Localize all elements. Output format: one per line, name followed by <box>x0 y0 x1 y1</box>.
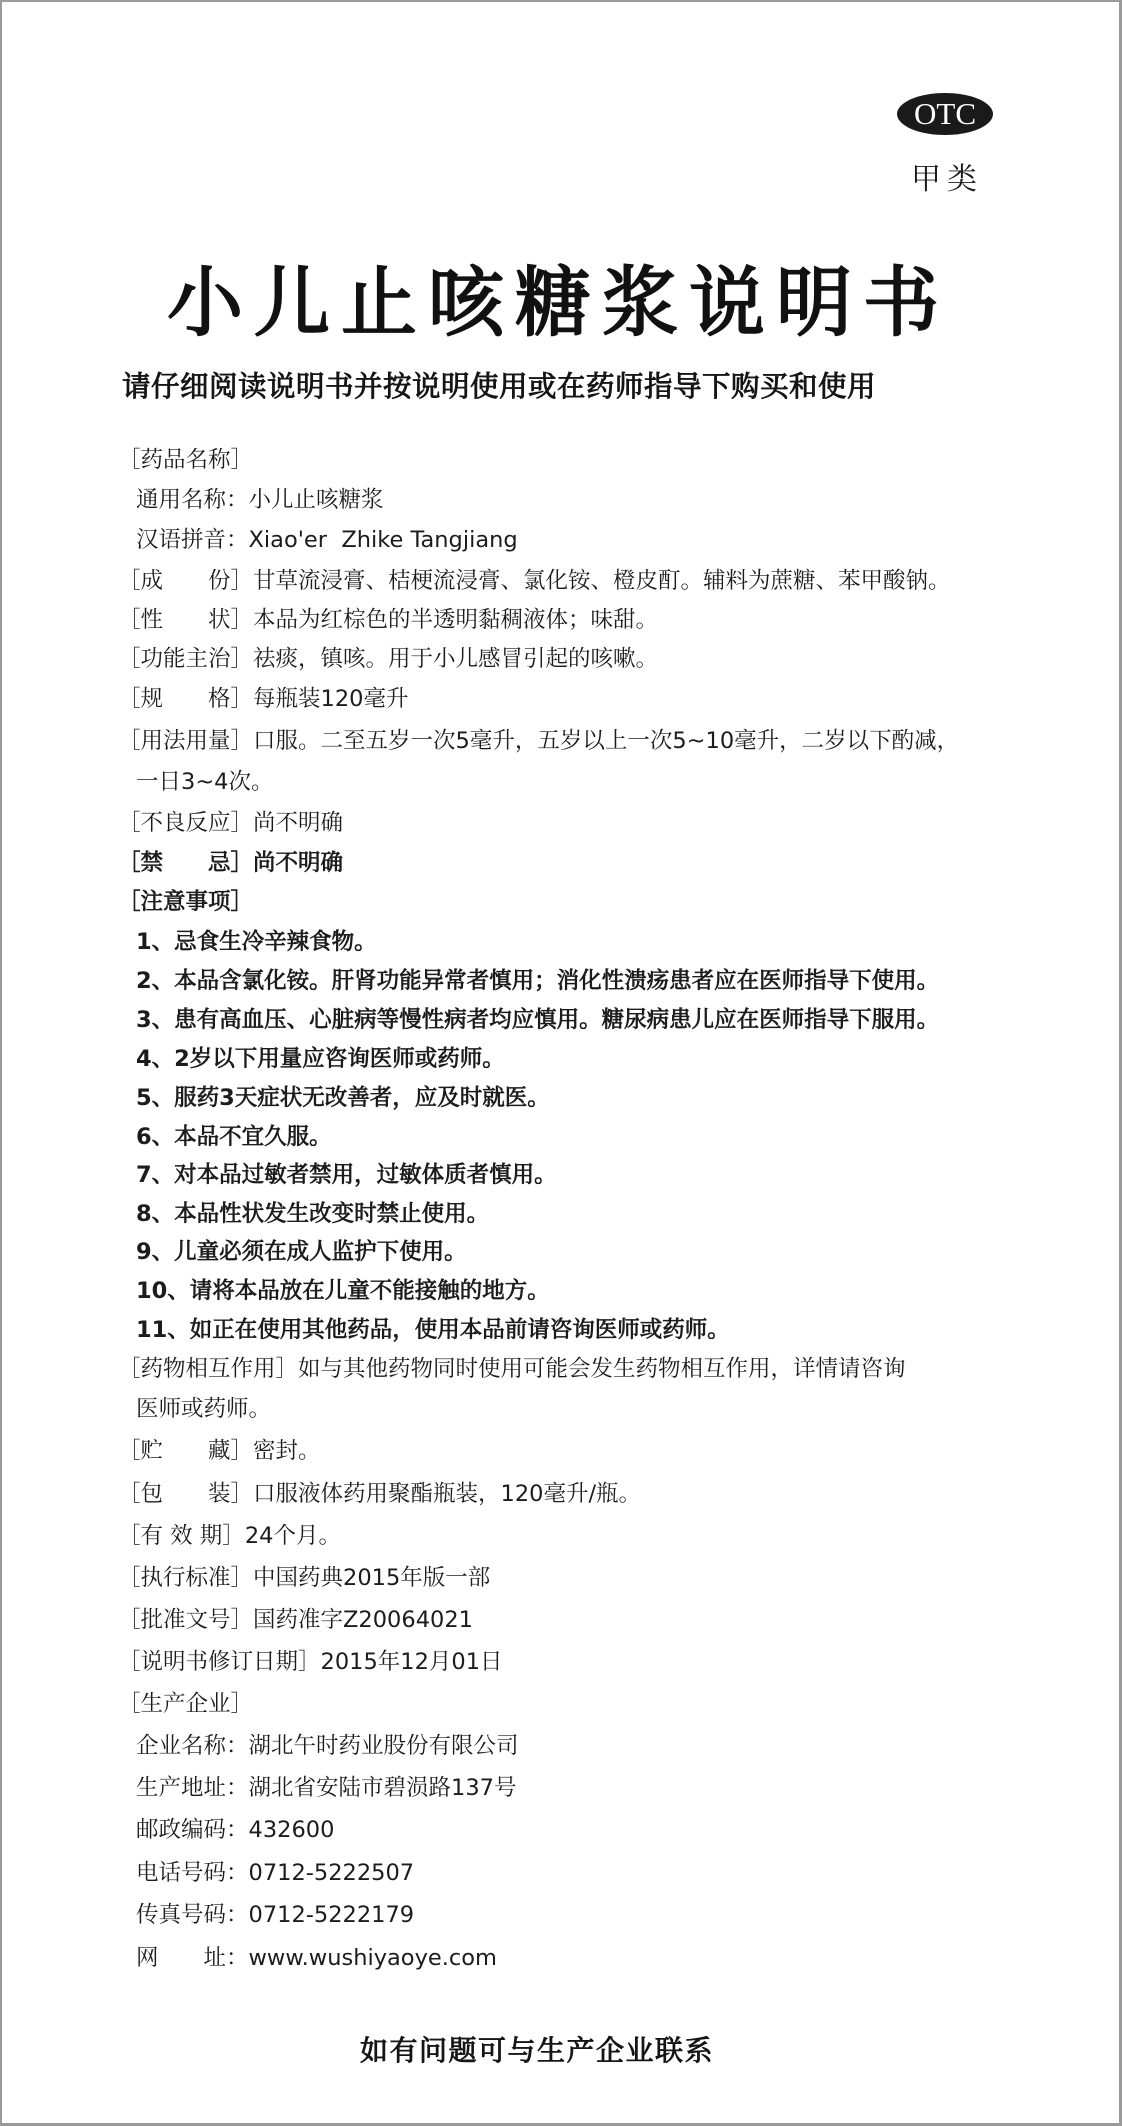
document-title: 小儿止咳糖浆说明书 <box>167 242 967 351</box>
manufacturer-address-label: 生产地址： <box>136 1775 249 1801</box>
indications-label: ［功能主治］ <box>118 646 253 672</box>
manufacturer-name-value: 湖北午时药业股份有限公司 <box>249 1733 519 1759</box>
generic-name-label: 通用名称： <box>136 487 249 513</box>
precaution-item-4: 4、2岁以下用量应咨询医师或药师。 <box>136 1044 505 1074</box>
interactions-value-line1: 如与其他药物同时使用可能会发生药物相互作用，详情请咨询 <box>298 1356 906 1382</box>
revision-date-label: ［说明书修订日期］ <box>118 1649 321 1675</box>
precaution-item-5: 5、服药3天症状无改善者，应及时就医。 <box>136 1083 550 1113</box>
otc-class-label: 甲类 <box>902 154 992 198</box>
fax-row: 传真号码：0712-5222179 <box>136 1900 414 1930</box>
precaution-item-7: 7、对本品过敏者禁用，过敏体质者慎用。 <box>136 1160 557 1190</box>
contraindications-value: 尚不明确 <box>253 850 343 876</box>
interactions-label: ［药物相互作用］ <box>118 1356 298 1382</box>
dosage-value-line1: 口服。二至五岁一次5毫升，五岁以上一次5~10毫升，二岁以下酌减， <box>253 728 959 754</box>
precaution-item-9: 9、儿童必须在成人监护下使用。 <box>136 1237 467 1267</box>
precaution-item-10: 10、请将本品放在儿童不能接触的地方。 <box>136 1276 550 1306</box>
specification-value: 每瓶装120毫升 <box>253 686 408 712</box>
section-package: ［包 装］口服液体药用聚酯瓶装，120毫升/瓶。 <box>118 1479 641 1509</box>
manufacturer-name-row: 企业名称：湖北午时药业股份有限公司 <box>136 1731 519 1761</box>
manufacturer-address-value: 湖北省安陆市碧涢路137号 <box>249 1775 517 1801</box>
section-dosage: ［用法用量］口服。二至五岁一次5毫升，五岁以上一次5~10毫升，二岁以下酌减， <box>118 726 959 756</box>
section-manufacturer-label: ［生产企业］ <box>118 1689 253 1719</box>
contraindications-label: ［禁 忌］ <box>118 850 253 876</box>
validity-value: 24个月。 <box>245 1523 341 1549</box>
generic-name-row: 通用名称：小儿止咳糖浆 <box>136 485 384 515</box>
section-storage: ［贮 藏］密封。 <box>118 1436 321 1466</box>
drug-leaflet-page: OTC 甲类 小儿止咳糖浆说明书 请仔细阅读说明书并按说明使用或在药师指导下购买… <box>0 0 1122 2126</box>
properties-label: ［性 状］ <box>118 607 253 633</box>
precaution-item-3: 3、患有高血压、心脏病等慢性病者均应慎用。糖尿病患儿应在医师指导下服用。 <box>136 1005 939 1035</box>
indications-value: 祛痰，镇咳。用于小儿感冒引起的咳嗽。 <box>253 646 658 672</box>
postal-code-value: 432600 <box>249 1817 335 1843</box>
ingredients-label: ［成 份］ <box>118 568 253 594</box>
section-approval: ［批准文号］国药准字Z20064021 <box>118 1605 473 1635</box>
section-adverse-reactions: ［不良反应］尚不明确 <box>118 808 343 838</box>
precaution-item-8: 8、本品性状发生改变时禁止使用。 <box>136 1199 489 1229</box>
phone-label: 电话号码： <box>136 1860 249 1886</box>
interactions-value-line2: 医师或药师。 <box>136 1394 271 1424</box>
generic-name-value: 小儿止咳糖浆 <box>249 487 384 513</box>
postal-code-label: 邮政编码： <box>136 1817 249 1843</box>
revision-date-value: 2015年12月01日 <box>321 1649 503 1675</box>
phone-value: 0712-5222507 <box>249 1860 415 1886</box>
website-value: www.wushiyaoye.com <box>249 1945 497 1971</box>
specification-label: ［规 格］ <box>118 686 253 712</box>
pinyin-row: 汉语拼音：Xiao'er Zhike Tangjiang <box>136 525 518 555</box>
section-precautions-label: ［注意事项］ <box>118 887 253 917</box>
section-properties: ［性 状］本品为红棕色的半透明黏稠液体；味甜。 <box>118 605 658 635</box>
adverse-reactions-value: 尚不明确 <box>253 810 343 836</box>
standard-label: ［执行标准］ <box>118 1565 253 1591</box>
section-contraindications: ［禁 忌］尚不明确 <box>118 848 343 878</box>
section-ingredients: ［成 份］甘草流浸膏、桔梗流浸膏、氯化铵、橙皮酊。辅料为蔗糖、苯甲酸钠。 <box>118 566 951 596</box>
fax-label: 传真号码： <box>136 1902 249 1928</box>
standard-value: 中国药典2015年版一部 <box>253 1565 490 1591</box>
precaution-item-11: 11、如正在使用其他药品，使用本品前请咨询医师或药师。 <box>136 1315 730 1345</box>
section-revision-date: ［说明书修订日期］2015年12月01日 <box>118 1647 503 1677</box>
section-drug-name-label: ［药品名称］ <box>118 445 253 475</box>
section-validity: ［有 效 期］24个月。 <box>118 1521 341 1551</box>
otc-badge: OTC <box>897 93 993 135</box>
pinyin-value: Xiao'er Zhike Tangjiang <box>249 527 518 553</box>
website-row: 网 址：www.wushiyaoye.com <box>136 1943 497 1973</box>
approval-label: ［批准文号］ <box>118 1607 253 1633</box>
precaution-item-2: 2、本品含氯化铵。肝肾功能异常者慎用；消化性溃疡患者应在医师指导下使用。 <box>136 966 939 996</box>
dosage-label: ［用法用量］ <box>118 728 253 754</box>
section-standard: ［执行标准］中国药典2015年版一部 <box>118 1563 490 1593</box>
ingredients-value: 甘草流浸膏、桔梗流浸膏、氯化铵、橙皮酊。辅料为蔗糖、苯甲酸钠。 <box>253 568 951 594</box>
section-specification: ［规 格］每瓶装120毫升 <box>118 684 408 714</box>
section-indications: ［功能主治］祛痰，镇咳。用于小儿感冒引起的咳嗽。 <box>118 644 658 674</box>
properties-value: 本品为红棕色的半透明黏稠液体；味甜。 <box>253 607 658 633</box>
storage-label: ［贮 藏］ <box>118 1438 253 1464</box>
package-value: 口服液体药用聚酯瓶装，120毫升/瓶。 <box>253 1481 641 1507</box>
adverse-reactions-label: ［不良反应］ <box>118 810 253 836</box>
phone-row: 电话号码：0712-5222507 <box>136 1858 414 1888</box>
document-subtitle: 请仔细阅读说明书并按说明使用或在药师指导下购买和使用 <box>122 364 1022 405</box>
fax-value: 0712-5222179 <box>249 1902 415 1928</box>
postal-code-row: 邮政编码：432600 <box>136 1815 334 1845</box>
pinyin-label: 汉语拼音： <box>136 527 249 553</box>
approval-value: 国药准字Z20064021 <box>253 1607 473 1633</box>
validity-label: ［有 效 期］ <box>118 1523 245 1549</box>
package-label: ［包 装］ <box>118 1481 253 1507</box>
dosage-value-line2: 一日3~4次。 <box>136 767 273 797</box>
manufacturer-name-label: 企业名称： <box>136 1733 249 1759</box>
storage-value: 密封。 <box>253 1438 321 1464</box>
manufacturer-address-row: 生产地址：湖北省安陆市碧涢路137号 <box>136 1773 516 1803</box>
section-interactions: ［药物相互作用］如与其他药物同时使用可能会发生药物相互作用，详情请咨询 <box>118 1354 906 1384</box>
precaution-item-1: 1、忌食生冷辛辣食物。 <box>136 927 377 957</box>
footer-contact-note: 如有问题可与生产企业联系 <box>360 2029 810 2069</box>
website-label: 网 址： <box>136 1945 249 1971</box>
precaution-item-6: 6、本品不宜久服。 <box>136 1122 332 1152</box>
